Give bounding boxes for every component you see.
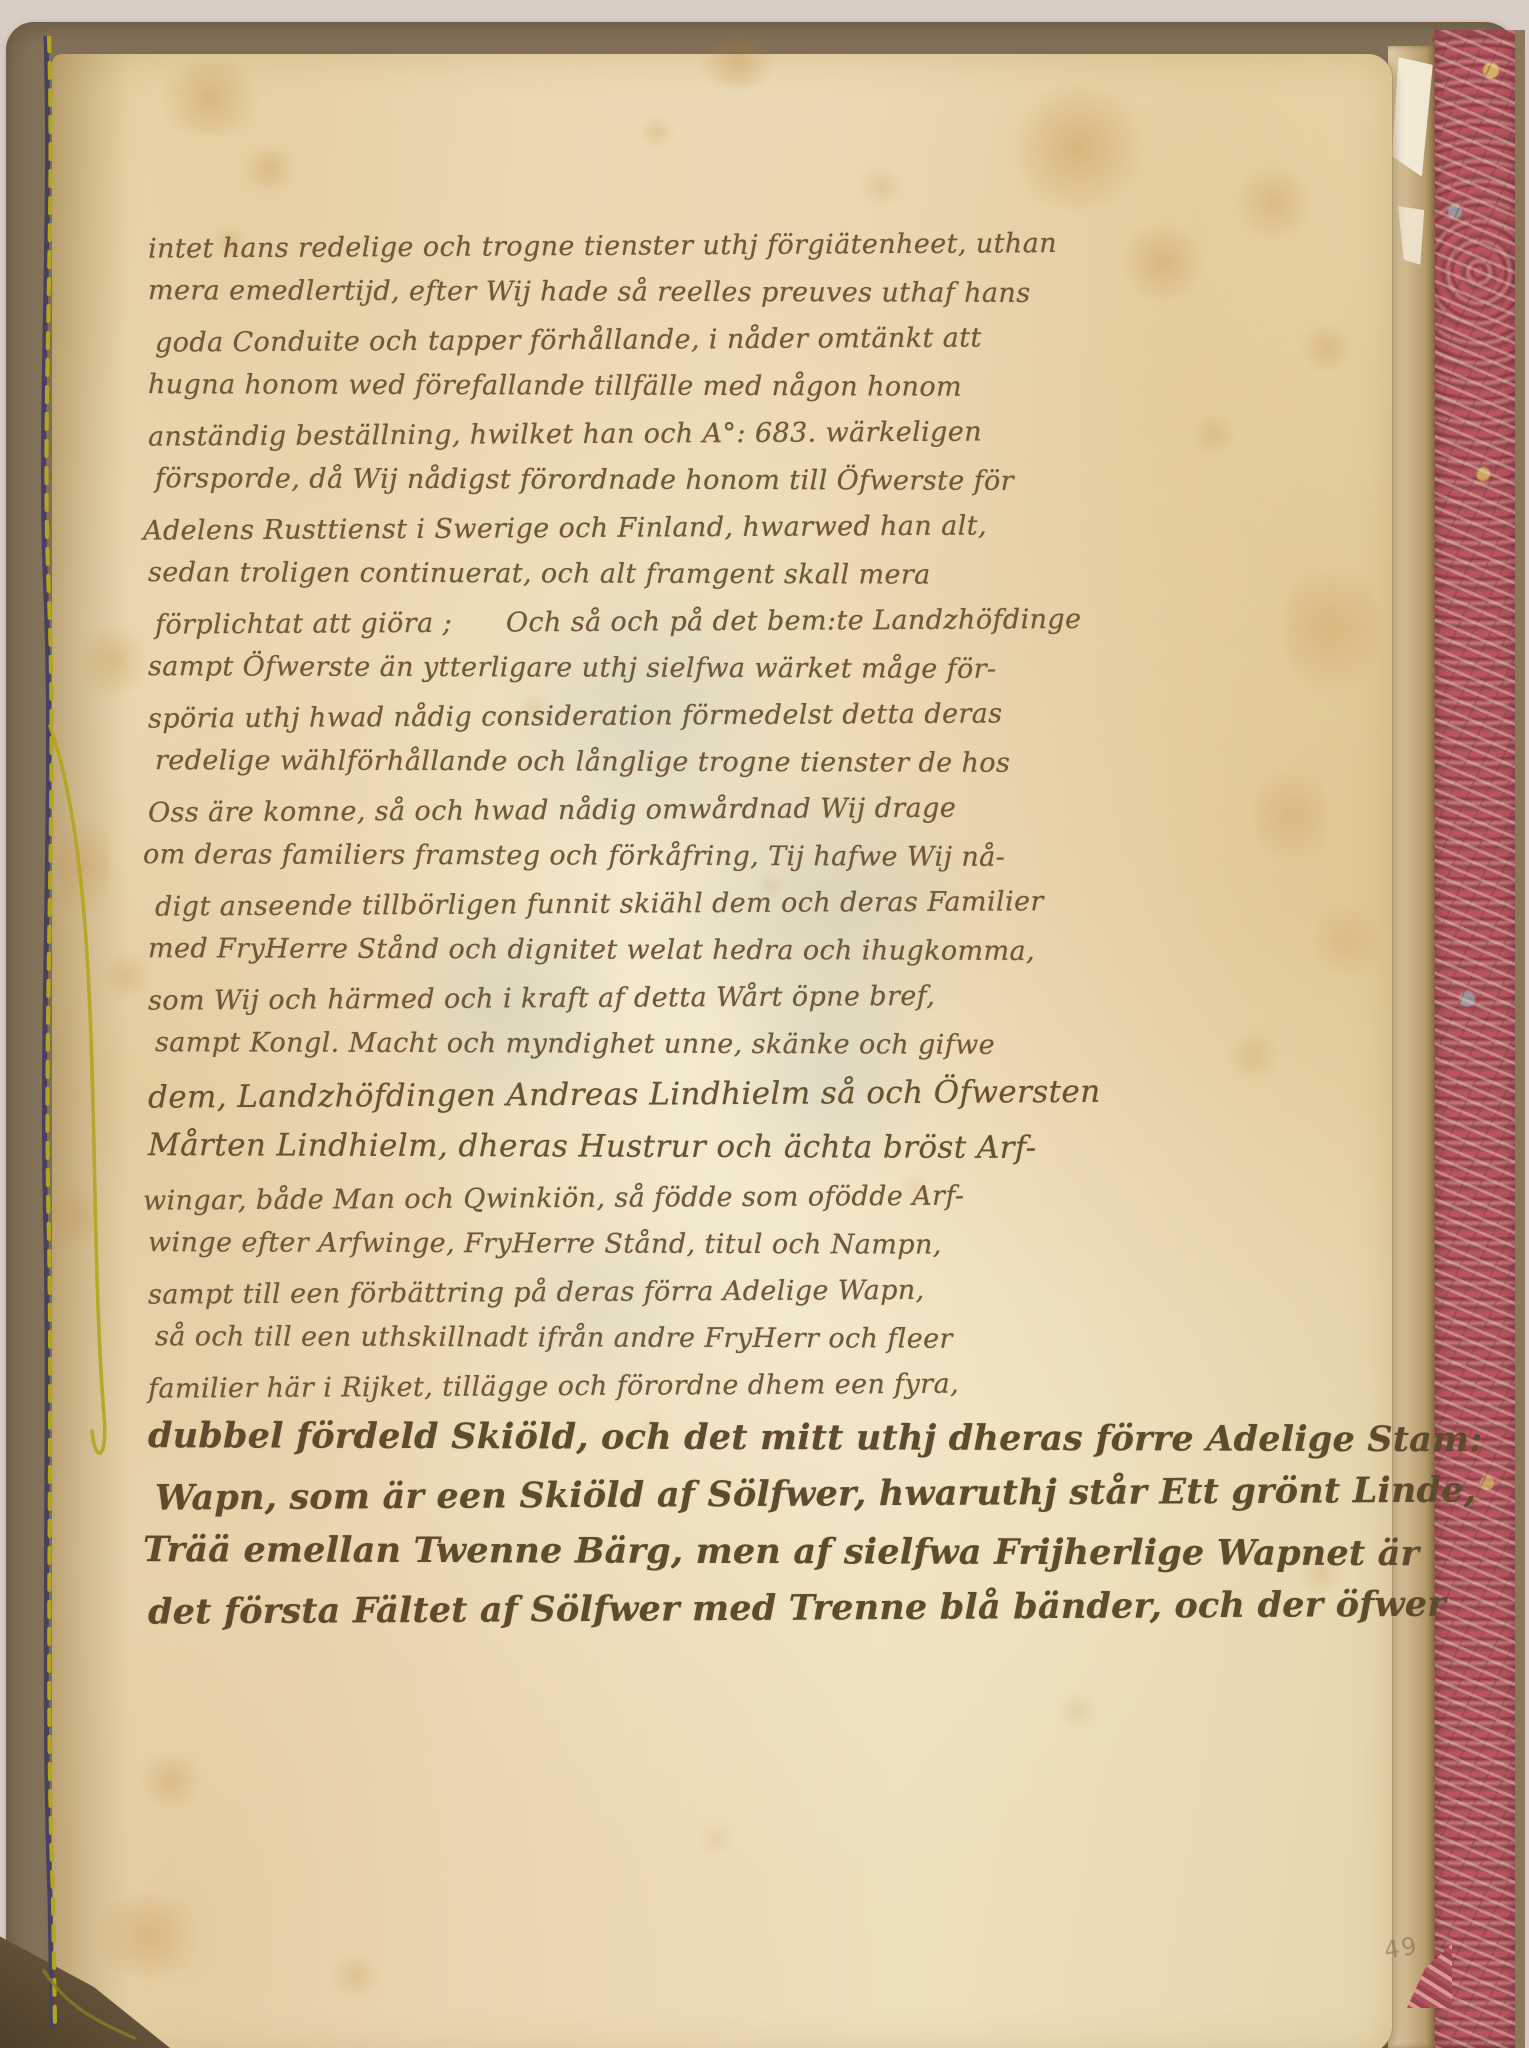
manuscript-line: spöria uthj hwad nådig consideration för… (148, 688, 1328, 742)
manuscript-line-display: Trää emellan Twenne Bärg, men af sielfwa… (143, 1521, 1328, 1582)
manuscript-line-name-marten-lindhielm: Mårten Lindhielm, dheras Hustrur och äch… (148, 1119, 1328, 1176)
manuscript-line: sedan troligen continuerat, och alt fram… (148, 549, 1328, 600)
pencil-folio-mark: 49 (1382, 1931, 1421, 1964)
manuscript-line: goda Conduite och tapper förhållande, i … (155, 312, 1328, 366)
manuscript-line: sampt Kongl. Macht och myndighet unne, s… (155, 1019, 1328, 1070)
manuscript-line-display: det första Fältet af Sölfwer med Trenne … (148, 1576, 1328, 1640)
manuscript-line: som Wij och härmed och i kraft af detta … (148, 970, 1328, 1024)
manuscript-line: förplichtat att giöra ; Och så och på de… (155, 594, 1328, 648)
manuscript-line: sampt till een förbättring på deras förr… (148, 1264, 1328, 1318)
manuscript-line: familier här i Rijket, tillägge och föro… (148, 1358, 1328, 1412)
binding-thread (14, 36, 144, 2048)
manuscript-line: digt anseende tillbörligen funnit skiähl… (155, 876, 1328, 930)
manuscript-line: om deras familiers framsteg och förkåfri… (143, 831, 1328, 882)
manuscript-text-block: intet hans redelige och trogne tienster … (148, 222, 1328, 1637)
manuscript-line: anständig beställning, hwilket han och A… (148, 406, 1328, 460)
manuscript-line-display: dubbel fördeld Skiöld, och det mitt uthj… (148, 1407, 1328, 1468)
marble-pattern (1435, 30, 1515, 2048)
manuscript-line-display: Wapn, som är een Skiöld af Sölfwer, hwar… (155, 1462, 1328, 1526)
manuscript-line: försporde, då Wij nådigst förordnade hon… (155, 455, 1328, 506)
manuscript-line: med FryHerre Stånd och dignitet welat he… (148, 925, 1328, 976)
manuscript-line: Oss äre komne, så och hwad nådig omwårdn… (148, 782, 1328, 836)
page-block-fore-edge (1388, 46, 1434, 2048)
manuscript-scan: intet hans redelige och trogne tienster … (0, 0, 1529, 2048)
marbled-cover-edge (1432, 30, 1525, 2048)
manuscript-line-name-andreas-lindhielm: dem, Landzhöfdingen Andreas Lindhielm så… (148, 1064, 1328, 1124)
manuscript-line: intet hans redelige och trogne tienster … (148, 218, 1328, 272)
manuscript-line: Adelens Rusttienst i Swerige och Finland… (143, 500, 1328, 554)
manuscript-line: wingar, både Man och Qwinkiön, så födde … (143, 1170, 1328, 1224)
manuscript-line: mera emedlertijd, efter Wij hade så reel… (148, 267, 1328, 318)
manuscript-line: hugna honom wed förefallande tillfälle m… (148, 361, 1328, 412)
manuscript-line: så och till een uthskillnadt ifrån andre… (155, 1313, 1328, 1364)
manuscript-line: redelige wählförhållande och långlige tr… (155, 737, 1328, 788)
manuscript-line: sampt Öfwerste än ytterligare uthj sielf… (148, 643, 1328, 694)
manuscript-line: winge efter Arfwinge, FryHerre Stånd, ti… (148, 1219, 1328, 1270)
